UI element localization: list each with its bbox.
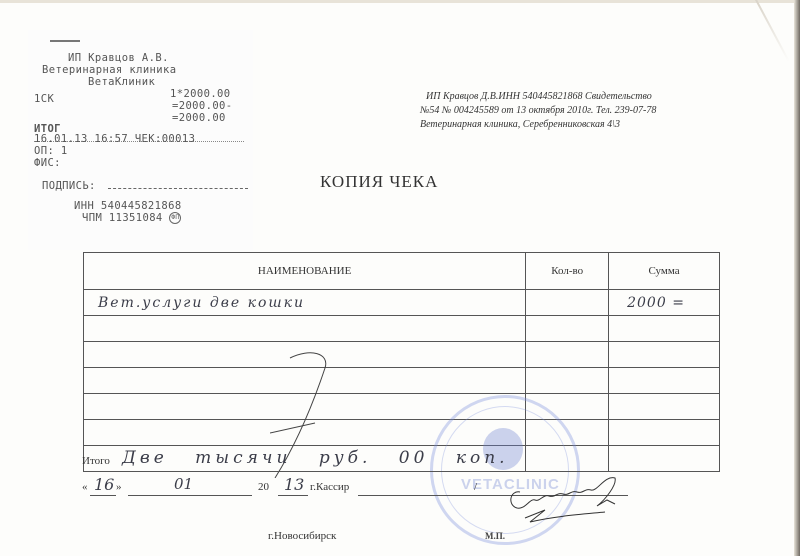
- receipt-fiscal: ФИС:: [34, 157, 61, 169]
- document-title: КОПИЯ ЧЕКА: [320, 172, 438, 192]
- date-open-quote: «: [82, 481, 88, 493]
- receipt-signature-line: [108, 188, 248, 189]
- stamp-place-label: М.П.: [485, 531, 505, 541]
- item-sum: [609, 420, 720, 446]
- item-name: Вет.услуги две кошки: [84, 290, 526, 316]
- receipt-clinic-name: ВетаКлиник: [88, 76, 155, 88]
- item-sum: [609, 368, 720, 394]
- table-row: [84, 420, 720, 446]
- requisites-line-3: Ветеринарная клиника, Серебренниковская …: [420, 118, 656, 132]
- item-quantity: [526, 342, 609, 368]
- item-quantity: [526, 290, 609, 316]
- company-requisites: ИП Кравцов Д.В.ИНН 540445821868 Свидетел…: [420, 90, 656, 132]
- table-row: [84, 342, 720, 368]
- receipt-tear-mark: [50, 40, 80, 42]
- item-sum: [609, 394, 720, 420]
- receipt-clinic-type: Ветеринарная клиника: [42, 64, 176, 76]
- item-sum: 2000 =: [609, 290, 720, 316]
- date-year-prefix: 20: [258, 481, 269, 493]
- city: г.Новосибирск: [268, 530, 336, 542]
- header-sum: Сумма: [609, 253, 720, 290]
- cashier-signature: [505, 470, 625, 530]
- item-quantity: [526, 368, 609, 394]
- receipt-item-price: 1*2000.00: [170, 88, 231, 100]
- receipt-inn: ИНН 540445821868: [74, 200, 182, 212]
- header-quantity: Кол-во: [526, 253, 609, 290]
- receipt-cpm-number: ЧПМ 11351084: [82, 212, 163, 224]
- total-in-words: Две тысячи руб. 00 коп.: [122, 448, 509, 468]
- item-sum: [609, 342, 720, 368]
- receipt-datetime-number: 16.01.13 16:57 ЧЕК:00013: [34, 133, 195, 145]
- total-label: Итого: [82, 455, 110, 467]
- requisites-line-2: №54 № 004245589 от 13 октября 2010г. Тел…: [420, 104, 656, 118]
- date-day: 16: [94, 475, 114, 494]
- scan-top-edge: [0, 0, 800, 3]
- fiscal-emblem-icon: ФП: [169, 212, 181, 224]
- item-sum: [609, 316, 720, 342]
- table-row: [84, 394, 720, 420]
- receipt-operator: ОП: 1: [34, 145, 68, 157]
- table-row: [84, 316, 720, 342]
- header-name: НАИМЕНОВАНИЕ: [84, 253, 526, 290]
- receipt-item-total: =2000.00-: [172, 100, 233, 112]
- item-name: [84, 316, 526, 342]
- cash-register-receipt: ИП Кравцов А.В. Ветеринарная клиника Вет…: [28, 30, 253, 250]
- cashier-separator: /: [474, 481, 477, 493]
- table-row: [84, 368, 720, 394]
- date-year-suffix: 13: [284, 475, 304, 494]
- cashier-label: г.Кассир: [310, 481, 349, 493]
- requisites-line-1: ИП Кравцов Д.В.ИНН 540445821868 Свидетел…: [420, 90, 656, 104]
- date-month: 01: [174, 475, 193, 493]
- item-quantity: [526, 316, 609, 342]
- table-row: Вет.услуги две кошки2000 =: [84, 290, 720, 316]
- receipt-cpm: ЧПМ 11351084 ФП: [82, 212, 181, 224]
- items-table: НАИМЕНОВАНИЕ Кол-во Сумма Вет.услуги две…: [83, 252, 720, 472]
- receipt-owner: ИП Кравцов А.В.: [68, 52, 169, 64]
- table-header-row: НАИМЕНОВАНИЕ Кол-во Сумма: [84, 253, 720, 290]
- receipt-signature-label: ПОДПИСЬ:: [42, 180, 96, 192]
- scan-right-edge: [794, 0, 800, 556]
- date-close-quote: »: [116, 481, 122, 493]
- receipt-section: 1СК: [34, 93, 54, 105]
- receipt-grand-total: =2000.00: [172, 112, 226, 124]
- paper-fold-shadow: [755, 0, 790, 62]
- item-sum: [609, 446, 720, 472]
